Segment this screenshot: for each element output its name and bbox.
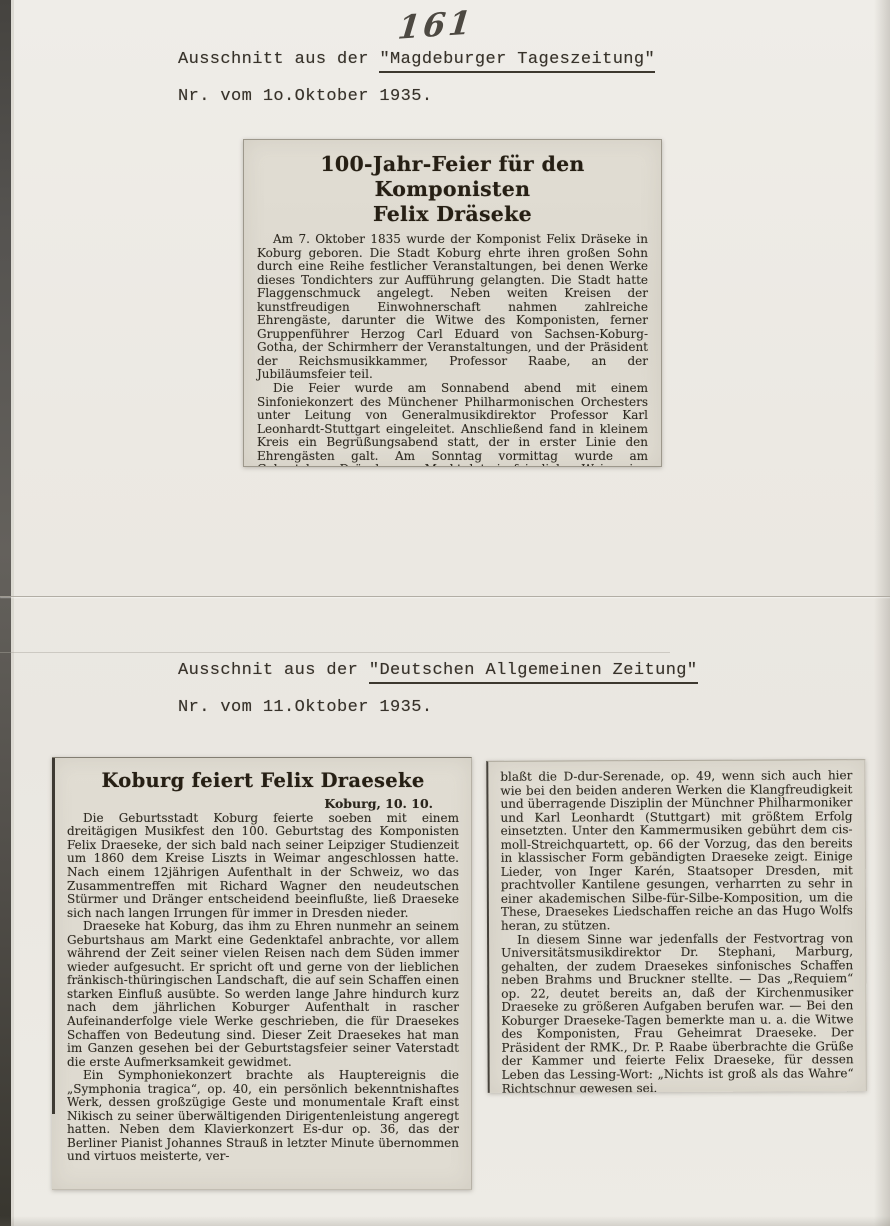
scan-bottom-edge-shade [0,1216,890,1226]
fold-crease [0,596,890,597]
caption-second-title: "Deutschen Allgemeinen Zeitung" [369,661,698,684]
clipping-daz-left-column: Koburg feiert Felix Draeseke Koburg, 10.… [52,757,472,1190]
clipping-daz-right-column: blaßt die D-dur-Serenade, op. 49, wenn s… [486,759,866,1093]
article-paragraph: Die Geburtsstadt Koburg feierte soeben m… [67,812,459,920]
clipping-cut-edge-line [52,758,55,1114]
article-paragraph: blaßt die D-dur-Serenade, op. 49, wenn s… [500,769,853,933]
article-paragraph: Am 7. Oktober 1835 wurde der Komponist F… [257,233,648,382]
article-paragraph: In diesem Sinne war jedenfalls der Festv… [501,932,854,1093]
clipping-magdeburger: 100-Jahr-Feier für den Komponisten Felix… [243,139,662,467]
caption-first-date-line: Nr. vom 1o.Oktober 1935. [178,87,432,106]
clipping-daz-headline: Koburg feiert Felix Draeseke [67,769,459,793]
caption-second-date-line: Nr. vom 11.Oktober 1935. [178,698,432,717]
page-number-handwritten: 161 [396,3,476,47]
caption-second-prefix: Ausschnit aus der [178,661,358,680]
article-paragraph: Die Feier wurde am Sonnabend abend mit e… [257,382,648,467]
scan-page: { "page_number": "161", "colors": { "pag… [0,0,890,1226]
caption-first-title: "Magdeburger Tageszeitung" [379,50,655,73]
caption-first-source-line: Ausschnitt aus der "Magdeburger Tageszei… [178,50,655,69]
headline-line2: Felix Dräseke [257,202,648,227]
scan-right-edge-shade [874,0,890,1226]
scan-left-edge-shadow [0,0,11,1226]
headline-line1: 100-Jahr-Feier für den Komponisten [257,152,648,202]
scan-left-edge-highlight [11,0,14,1226]
clipping-magdeburger-headline: 100-Jahr-Feier für den Komponisten Felix… [257,152,648,227]
article-paragraph: Draeseke hat Koburg, das ihm zu Ehren nu… [67,920,459,1069]
article-dateline: Koburg, 10. 10. [67,796,459,811]
fold-crease-faint [0,652,670,653]
article-paragraph: Ein Symphoniekonzert brachte als Haupter… [67,1069,459,1164]
caption-first-prefix: Ausschnitt aus der [178,50,369,69]
caption-second-source-line: Ausschnit aus der "Deutschen Allgemeinen… [178,661,698,680]
